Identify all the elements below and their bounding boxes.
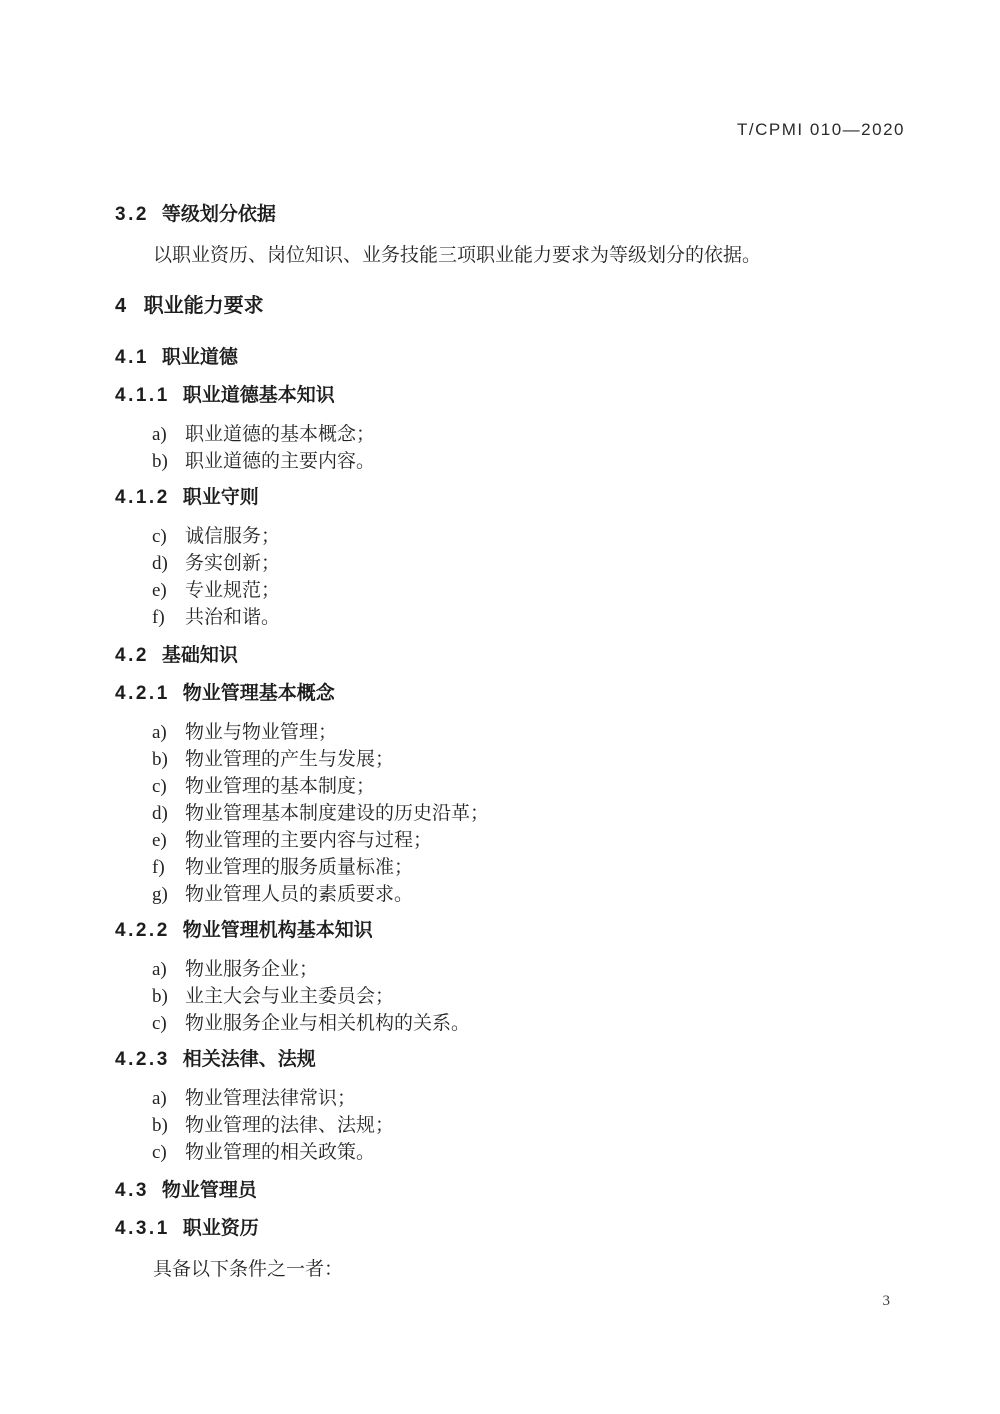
section-number: 4.1.2 bbox=[115, 488, 170, 508]
section-title: 职业资历 bbox=[183, 1219, 259, 1239]
document-page: T/CPMI 010—2020 3.2等级划分依据以职业资历、岗位知识、业务技能… bbox=[0, 0, 1000, 1414]
section-number: 4.1.1 bbox=[115, 386, 170, 406]
list-item: b)物业管理的法律、法规； bbox=[152, 1112, 905, 1139]
section-title: 物业管理基本概念 bbox=[183, 684, 335, 704]
list-item: a)物业服务企业； bbox=[152, 956, 905, 983]
list-item-text: 物业管理的相关政策。 bbox=[185, 1139, 375, 1166]
list-item: e)专业规范； bbox=[152, 577, 905, 604]
section-number: 4.3.1 bbox=[115, 1219, 170, 1239]
list-item: b)职业道德的主要内容。 bbox=[152, 448, 905, 475]
section-title: 相关法律、法规 bbox=[183, 1050, 316, 1070]
list-item: g)物业管理人员的素质要求。 bbox=[152, 881, 905, 908]
section-heading-4.2.3: 4.2.3相关法律、法规 bbox=[115, 1050, 905, 1070]
list-item: c)诚信服务； bbox=[152, 523, 905, 550]
section-title: 职业道德基本知识 bbox=[183, 386, 335, 406]
list-item-marker: a) bbox=[152, 1085, 185, 1112]
section-title: 职业守则 bbox=[183, 488, 259, 508]
list-item-text: 物业与物业管理； bbox=[185, 719, 337, 746]
paragraph: 以职业资历、岗位知识、业务技能三项职业能力要求为等级划分的依据。 bbox=[115, 245, 905, 266]
list-item: c)物业服务企业与相关机构的关系。 bbox=[152, 1010, 905, 1037]
list-item-text: 物业服务企业； bbox=[185, 956, 318, 983]
list-item-text: 物业服务企业与相关机构的关系。 bbox=[185, 1010, 470, 1037]
list-item: b)物业管理的产生与发展； bbox=[152, 746, 905, 773]
list-item-marker: c) bbox=[152, 773, 185, 800]
section-heading-4.3.1: 4.3.1职业资历 bbox=[115, 1219, 905, 1239]
list-item: e)物业管理的主要内容与过程； bbox=[152, 827, 905, 854]
section-title: 物业管理机构基本知识 bbox=[183, 921, 373, 941]
list-item-text: 诚信服务； bbox=[185, 523, 280, 550]
section-heading-3.2: 3.2等级划分依据 bbox=[115, 205, 905, 225]
list-item: a)物业管理法律常识； bbox=[152, 1085, 905, 1112]
list-item: b)业主大会与业主委员会； bbox=[152, 983, 905, 1010]
list-item-marker: f) bbox=[152, 854, 185, 881]
paragraph: 具备以下条件之一者： bbox=[115, 1259, 905, 1280]
list-item-text: 物业管理的法律、法规； bbox=[185, 1112, 394, 1139]
section-title: 基础知识 bbox=[162, 646, 238, 666]
section-number: 4.2 bbox=[115, 646, 149, 666]
section-title: 职业能力要求 bbox=[144, 296, 264, 317]
lettered-item-list: a)物业服务企业；b)业主大会与业主委员会；c)物业服务企业与相关机构的关系。 bbox=[115, 956, 905, 1037]
section-heading-4.2.2: 4.2.2物业管理机构基本知识 bbox=[115, 921, 905, 941]
page-number: 3 bbox=[883, 1293, 891, 1310]
section-number: 4.1 bbox=[115, 348, 149, 368]
section-number: 4.2.1 bbox=[115, 684, 170, 704]
list-item: c)物业管理的相关政策。 bbox=[152, 1139, 905, 1166]
list-item-marker: b) bbox=[152, 746, 185, 773]
section-number: 4.3 bbox=[115, 1181, 149, 1201]
list-item-marker: c) bbox=[152, 1010, 185, 1037]
list-item-text: 职业道德的主要内容。 bbox=[185, 448, 375, 475]
list-item-marker: b) bbox=[152, 983, 185, 1010]
section-heading-4: 4职业能力要求 bbox=[115, 296, 905, 317]
section-title: 职业道德 bbox=[162, 348, 238, 368]
section-number: 4 bbox=[115, 296, 129, 317]
list-item: a)物业与物业管理； bbox=[152, 719, 905, 746]
document-body: 3.2等级划分依据以职业资历、岗位知识、业务技能三项职业能力要求为等级划分的依据… bbox=[0, 0, 1000, 1280]
list-item-marker: b) bbox=[152, 448, 185, 475]
list-item-marker: d) bbox=[152, 550, 185, 577]
section-number: 4.2.3 bbox=[115, 1050, 170, 1070]
section-number: 3.2 bbox=[115, 205, 149, 225]
section-heading-4.2: 4.2基础知识 bbox=[115, 646, 905, 666]
list-item-text: 物业管理人员的素质要求。 bbox=[185, 881, 413, 908]
list-item-text: 业主大会与业主委员会； bbox=[185, 983, 394, 1010]
list-item-marker: f) bbox=[152, 604, 185, 631]
list-item-marker: c) bbox=[152, 523, 185, 550]
list-item-marker: g) bbox=[152, 881, 185, 908]
section-heading-4.1.2: 4.1.2职业守则 bbox=[115, 488, 905, 508]
list-item-text: 共治和谐。 bbox=[185, 604, 280, 631]
list-item-text: 务实创新； bbox=[185, 550, 280, 577]
list-item: c)物业管理的基本制度； bbox=[152, 773, 905, 800]
section-heading-4.3: 4.3物业管理员 bbox=[115, 1181, 905, 1201]
list-item: d)务实创新； bbox=[152, 550, 905, 577]
section-heading-4.1: 4.1职业道德 bbox=[115, 348, 905, 368]
list-item-marker: c) bbox=[152, 1139, 185, 1166]
list-item-marker: a) bbox=[152, 719, 185, 746]
section-heading-4.2.1: 4.2.1物业管理基本概念 bbox=[115, 684, 905, 704]
list-item-marker: a) bbox=[152, 956, 185, 983]
lettered-item-list: a)职业道德的基本概念；b)职业道德的主要内容。 bbox=[115, 421, 905, 475]
lettered-item-list: a)物业与物业管理；b)物业管理的产生与发展；c)物业管理的基本制度；d)物业管… bbox=[115, 719, 905, 908]
list-item-text: 物业管理的主要内容与过程； bbox=[185, 827, 432, 854]
list-item-text: 物业管理的产生与发展； bbox=[185, 746, 394, 773]
list-item-text: 职业道德的基本概念； bbox=[185, 421, 375, 448]
list-item-text: 物业管理的基本制度； bbox=[185, 773, 375, 800]
lettered-item-list: a)物业管理法律常识；b)物业管理的法律、法规；c)物业管理的相关政策。 bbox=[115, 1085, 905, 1166]
lettered-item-list: c)诚信服务；d)务实创新；e)专业规范；f)共治和谐。 bbox=[115, 523, 905, 631]
list-item-marker: e) bbox=[152, 827, 185, 854]
list-item: d)物业管理基本制度建设的历史沿革； bbox=[152, 800, 905, 827]
list-item-text: 物业管理的服务质量标准； bbox=[185, 854, 413, 881]
list-item-marker: a) bbox=[152, 421, 185, 448]
list-item: a)职业道德的基本概念； bbox=[152, 421, 905, 448]
list-item: f)物业管理的服务质量标准； bbox=[152, 854, 905, 881]
section-title: 等级划分依据 bbox=[162, 205, 276, 225]
list-item-marker: b) bbox=[152, 1112, 185, 1139]
section-number: 4.2.2 bbox=[115, 921, 170, 941]
list-item-marker: d) bbox=[152, 800, 185, 827]
list-item-text: 专业规范； bbox=[185, 577, 280, 604]
document-code-header: T/CPMI 010—2020 bbox=[737, 120, 905, 140]
list-item: f)共治和谐。 bbox=[152, 604, 905, 631]
list-item-text: 物业管理基本制度建设的历史沿革； bbox=[185, 800, 489, 827]
section-title: 物业管理员 bbox=[162, 1181, 257, 1201]
section-heading-4.1.1: 4.1.1职业道德基本知识 bbox=[115, 386, 905, 406]
list-item-text: 物业管理法律常识； bbox=[185, 1085, 356, 1112]
list-item-marker: e) bbox=[152, 577, 185, 604]
